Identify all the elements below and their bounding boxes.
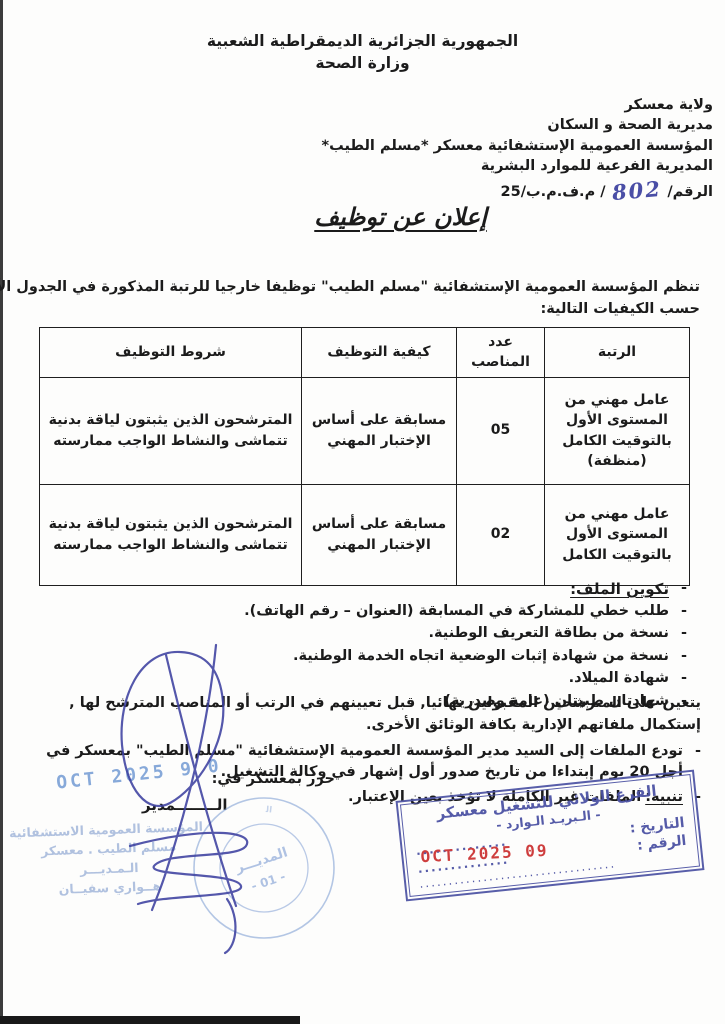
file-item: طلب خطي للمشاركة في المسابقة (العنوان – … bbox=[244, 603, 669, 620]
cell-conditions: المترشحون الذين يثبتون لياقة بدنية تتماش… bbox=[40, 377, 302, 484]
document-header: الجمهورية الجزائرية الديمقراطية الشعبية … bbox=[0, 30, 725, 75]
org-directorate: مديرية الصحة و السكان bbox=[322, 115, 713, 135]
header-conditions: شروط التوظيف bbox=[40, 328, 302, 378]
stamp-ring-text: المؤسسة العمومية الاستشفائية مسلم الطيب … bbox=[188, 792, 273, 816]
table-row: عامل مهني من المستوى الأول بالتوقيت الكا… bbox=[40, 484, 690, 585]
file-item: شهادة الميلاد. bbox=[569, 670, 669, 687]
org-wilaya: ولاية معسكر bbox=[322, 95, 713, 115]
svg-text:المؤسسة العمومية الاستشفائية م: المؤسسة العمومية الاستشفائية مسلم الطيب … bbox=[188, 792, 273, 816]
stamp-inner-circle bbox=[220, 824, 308, 912]
list-item: - نسخة من بطاقة التعريف الوطنية. bbox=[244, 625, 687, 642]
closing-place-line: حرر بمعسكر في: bbox=[215, 771, 335, 787]
round-director-stamp: المؤسسة العمومية الاستشفائية مسلم الطيب … bbox=[188, 792, 340, 944]
org-subdirectorate: المديرية الفرعية للموارد البشرية bbox=[322, 156, 713, 176]
cell-positions: 05 bbox=[457, 377, 545, 484]
dash-bullet: - bbox=[669, 670, 687, 687]
reference-line: الرقم/802/ م.ف.م.ب/25 bbox=[322, 176, 713, 205]
page-title: إعلان عن توظيف bbox=[76, 203, 725, 231]
cell-conditions: المترشحون الذين يثبتون لياقة بدنية تتماش… bbox=[40, 484, 302, 585]
cell-rank: عامل مهني من المستوى الأول بالتوقيت الكا… bbox=[545, 377, 690, 484]
note-paragraph: يتعين على المترشحين المقبولين نهائيا, قب… bbox=[26, 693, 701, 737]
dash-bullet: - bbox=[669, 625, 687, 642]
list-item: - نسخة من شهادة إثبات الوضعية اتجاه الخد… bbox=[244, 648, 687, 665]
scan-edge-left bbox=[0, 0, 3, 1024]
table-row: عامل مهني من المستوى الأول بالتوقيت الكا… bbox=[40, 377, 690, 484]
faded-text-stamp: المؤسسة العمومية الاستشفائية مسلم الطيب … bbox=[13, 817, 206, 901]
header-ministry: وزارة الصحة bbox=[0, 52, 725, 74]
list-item: - طلب خطي للمشاركة في المسابقة (العنوان … bbox=[244, 603, 687, 620]
stamp-outer-circle bbox=[194, 798, 334, 938]
cell-method: مسابقة على أساس الإختبار المهني bbox=[302, 484, 457, 585]
header-positions: عدد المناصب bbox=[457, 328, 545, 378]
org-block: ولاية معسكر مديرية الصحة و السكان المؤسس… bbox=[322, 95, 713, 206]
header-country: الجمهورية الجزائرية الديمقراطية الشعبية bbox=[0, 30, 725, 52]
cell-method: مسابقة على أساس الإختبار المهني bbox=[302, 377, 457, 484]
dash-bullet: - bbox=[669, 580, 687, 598]
dash-bullet: - bbox=[669, 648, 687, 665]
file-section-heading: تكوين الملف: bbox=[570, 580, 669, 598]
intro-line: تنظم المؤسسة العمومية الإستشفائية "مسلم … bbox=[20, 276, 700, 298]
scan-edge-bottom bbox=[0, 1016, 300, 1024]
file-item: نسخة من شهادة إثبات الوضعية اتجاه الخدمة… bbox=[293, 648, 669, 665]
cell-positions: 02 bbox=[457, 484, 545, 585]
table-header-row: الرتبة عدد المناصب كيفية التوظيف شروط ال… bbox=[40, 328, 690, 378]
header-rank: الرتبة bbox=[545, 328, 690, 378]
org-establishment: المؤسسة العمومية الإستشفائية معسكر *مسلم… bbox=[322, 136, 713, 156]
file-item: نسخة من بطاقة التعريف الوطنية. bbox=[428, 625, 669, 642]
ref-label: الرقم/ bbox=[667, 184, 713, 200]
ref-suffix: / م.ف.م.ب/25 bbox=[501, 184, 606, 200]
page-title-text: إعلان عن توظيف bbox=[314, 203, 487, 231]
stamp-center-number: - 01 - bbox=[249, 869, 287, 893]
intro-line: حسب الكيفيات التالية: bbox=[20, 298, 700, 320]
dash-bullet: - bbox=[669, 603, 687, 620]
header-method: كيفية التوظيف bbox=[302, 328, 457, 378]
list-item: - تكوين الملف: bbox=[244, 580, 687, 598]
intro-paragraph: تنظم المؤسسة العمومية الإستشفائية "مسلم … bbox=[20, 276, 700, 321]
list-item: - شهادة الميلاد. bbox=[244, 670, 687, 687]
recruitment-table: الرتبة عدد المناصب كيفية التوظيف شروط ال… bbox=[39, 327, 690, 586]
cell-rank: عامل مهني من المستوى الأول بالتوقيت الكا… bbox=[545, 484, 690, 585]
document-page: الجمهورية الجزائرية الديمقراطية الشعبية … bbox=[0, 0, 725, 1024]
